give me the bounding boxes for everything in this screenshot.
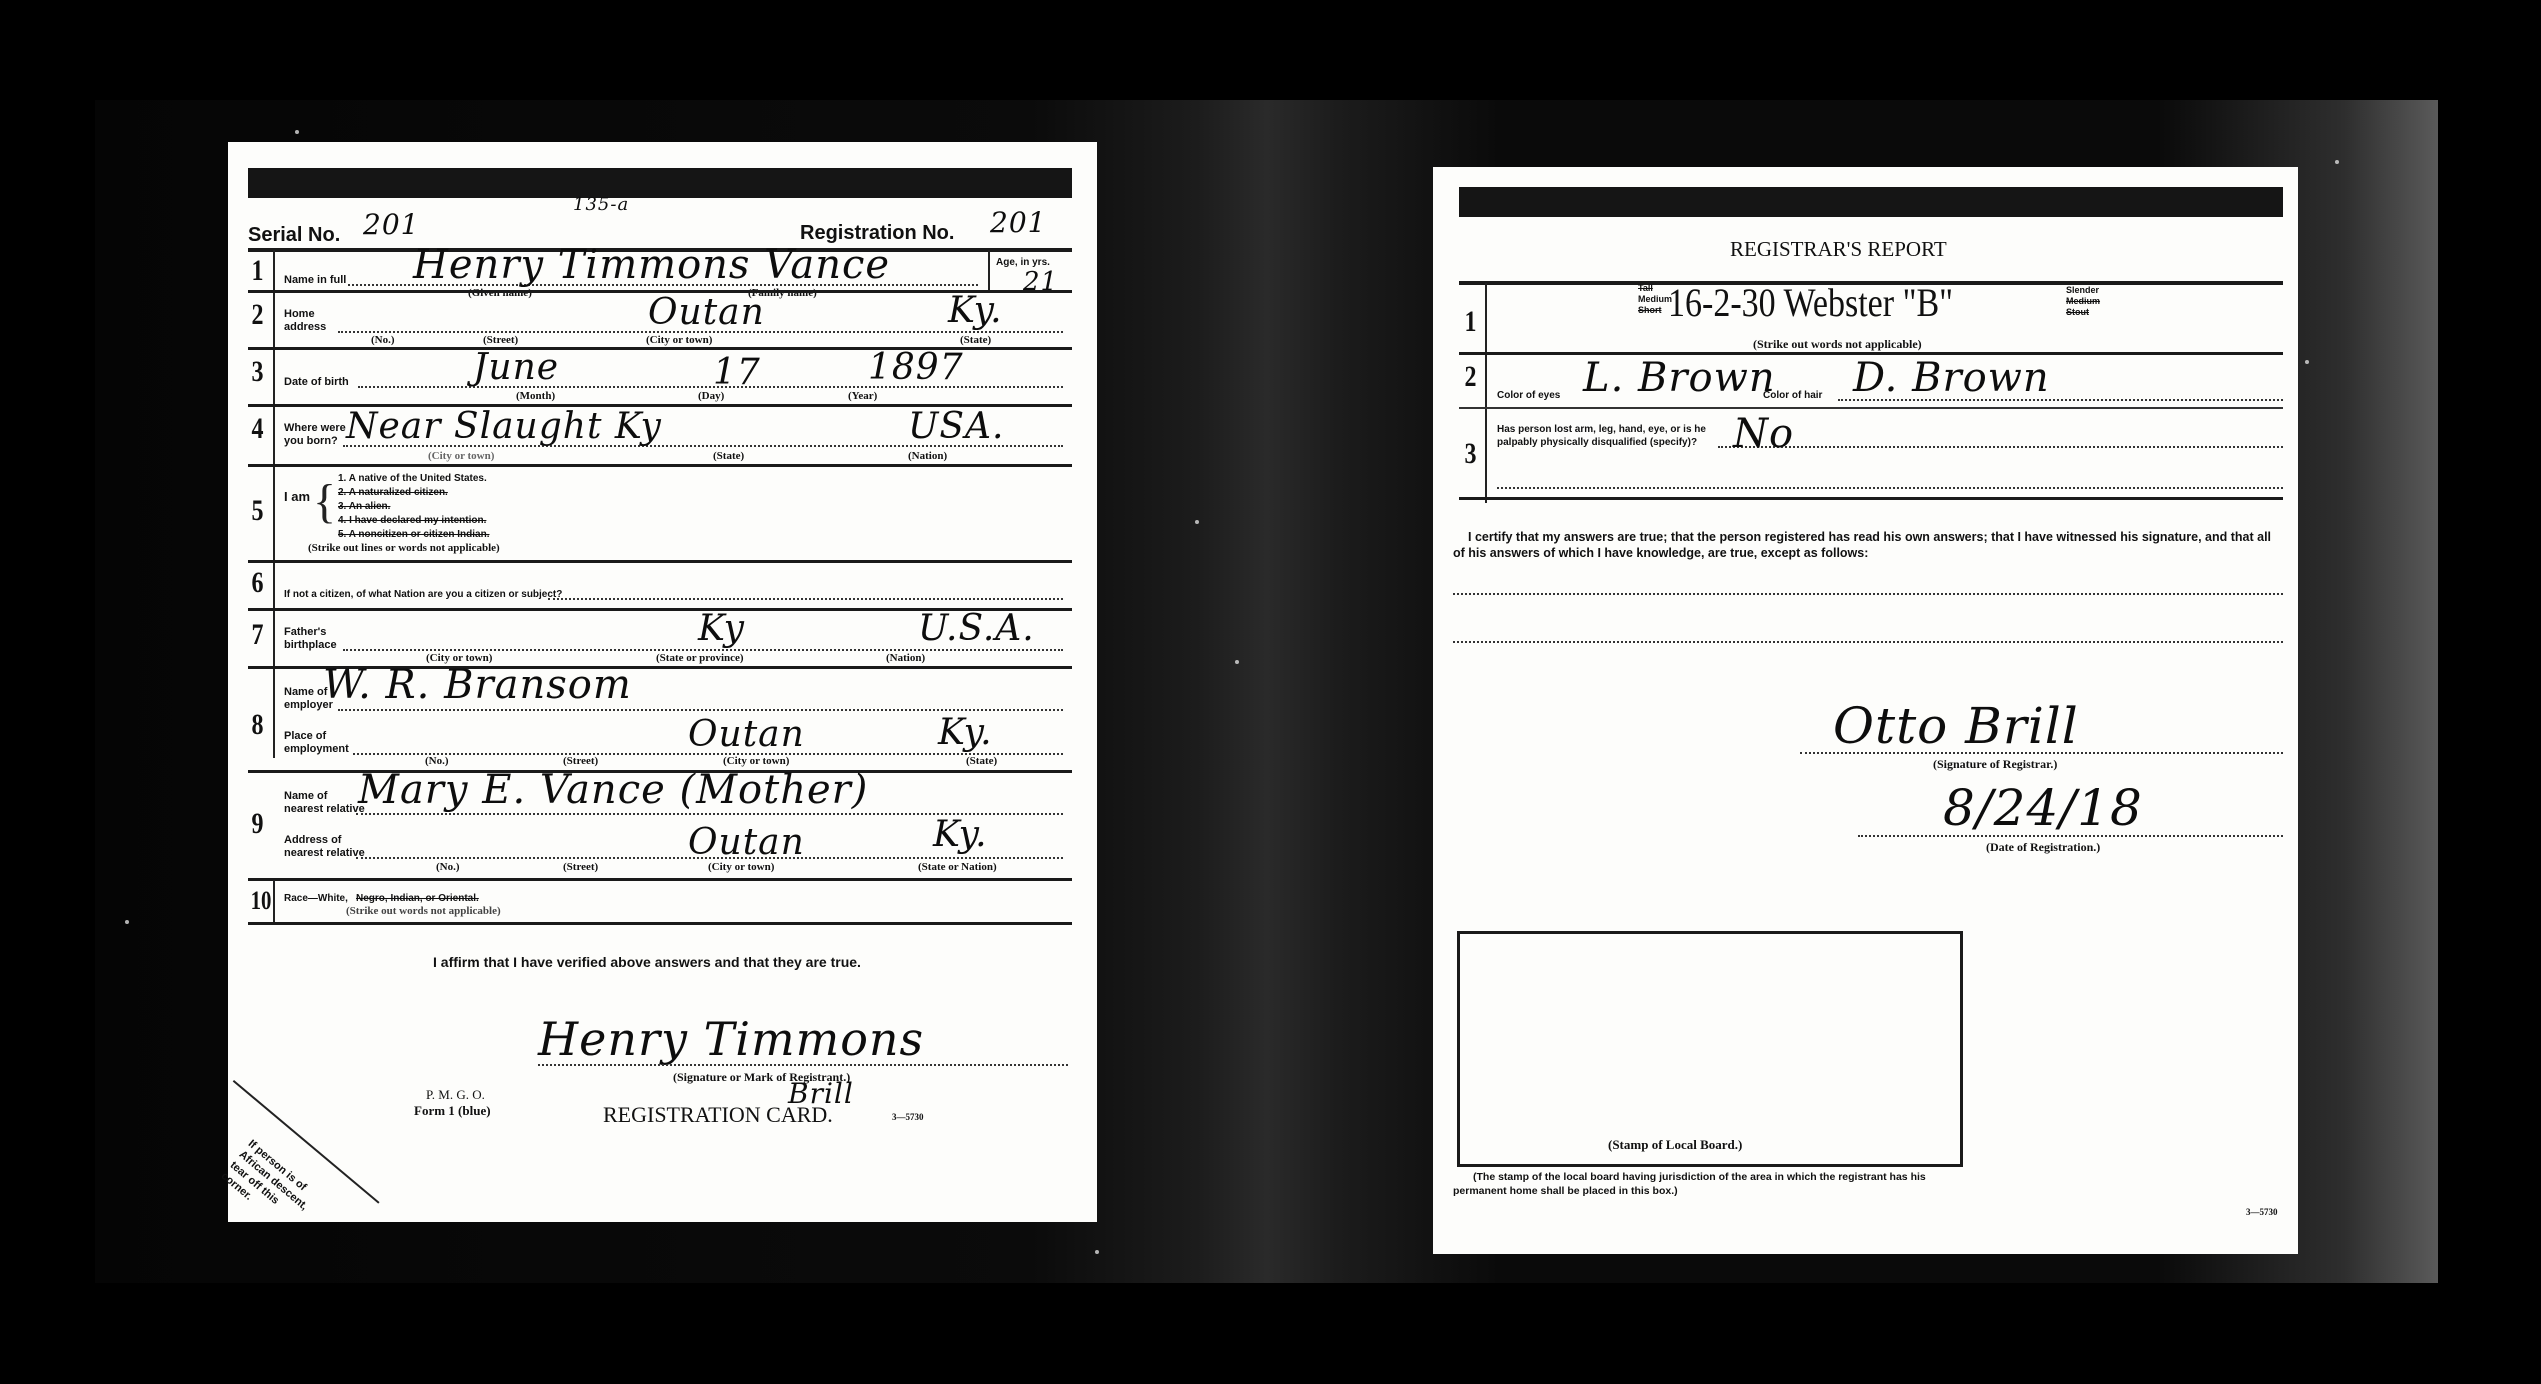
dust-speck	[1195, 520, 1199, 524]
tear-corner-note: If person is of African descent, tear of…	[218, 1137, 320, 1235]
birth-year-value: 1897	[868, 347, 964, 388]
dust-speck	[125, 920, 129, 924]
strike-note: (Strike out words not applicable)	[346, 905, 501, 917]
hair-color-label: Color of hair	[1763, 389, 1822, 402]
strike-note: (Strike out words not applicable)	[1753, 337, 1922, 352]
form-code: 3—5730	[892, 1112, 924, 1122]
height-option-medium: Medium	[1638, 294, 1672, 304]
pmgo-label: P. M. G. O.	[426, 1087, 485, 1103]
relative-city-value: Outan	[688, 822, 805, 863]
relative-address-label: nearest relative	[284, 847, 365, 860]
caption: (State)	[966, 755, 997, 767]
caption: (No.)	[436, 861, 460, 873]
row-number: 4	[252, 412, 264, 446]
race-label-struck: Negro, Indian, or Oriental.	[356, 892, 479, 905]
caption: (State or Nation)	[918, 861, 997, 873]
citizenship-option-struck: 4. I have declared my intention.	[338, 514, 486, 527]
form-label: Form 1 (blue)	[414, 1103, 491, 1119]
stamp-box	[1457, 931, 1963, 1167]
caption: (Street)	[483, 334, 518, 346]
stamp-note: (The stamp of the local board having jur…	[1453, 1170, 1963, 1198]
caption: (No.)	[425, 755, 449, 767]
row-number: 3	[252, 355, 264, 389]
employer-label: Name of	[284, 686, 327, 699]
citizenship-option-struck: 3. An alien.	[338, 500, 390, 513]
signature-line	[1800, 752, 2283, 754]
number-column-rule	[273, 880, 275, 922]
caption: (State or province)	[656, 652, 744, 664]
home-state-value: Ky.	[948, 290, 1003, 331]
registrant-signature: Henry Timmons	[538, 1012, 924, 1066]
relative-value: Mary E. Vance (Mother)	[358, 767, 868, 813]
caption: (State)	[713, 450, 744, 462]
disqualification-label: Has person lost arm, leg, hand, eye, or …	[1497, 423, 1706, 436]
citizenship-option-struck: 5. A noncitizen or citizen Indian.	[338, 528, 490, 541]
row-divider	[1459, 407, 2283, 409]
relative-label: nearest relative	[284, 803, 365, 816]
fill-line	[338, 709, 1063, 711]
row-number: 8	[252, 708, 264, 742]
number-column-rule	[273, 250, 275, 758]
row-divider	[248, 922, 1072, 925]
birth-date-label: Date of birth	[284, 376, 349, 389]
age-column-rule	[988, 250, 990, 292]
hair-color-value: D. Brown	[1853, 355, 2050, 401]
caption: (No.)	[371, 334, 395, 346]
birthplace-city-value: Near Slaught Ky	[346, 406, 662, 447]
row-number: 1	[252, 254, 264, 288]
row-number: 10	[251, 886, 272, 916]
height-options: Tall Medium Short	[1638, 283, 1672, 316]
row-number: 2	[252, 298, 264, 332]
birthplace-label: Where were	[284, 422, 346, 435]
report-title: REGISTRAR'S REPORT	[1730, 237, 1947, 262]
employment-place-label: Place of	[284, 730, 326, 743]
name-label: Name in full	[284, 274, 346, 287]
exception-line	[1453, 641, 2283, 643]
employer-value: W. R. Bransom	[323, 662, 632, 708]
registration-value: 201	[990, 206, 1046, 239]
home-city-value: Outan	[648, 292, 765, 333]
row-number: 9	[252, 807, 264, 841]
serial-value: 201	[363, 208, 419, 241]
race-label: Race—White,	[284, 892, 348, 905]
top-note: 135-a	[573, 194, 629, 215]
relative-label: Name of	[284, 790, 327, 803]
fill-line	[548, 598, 1063, 600]
fill-line	[1838, 399, 2283, 401]
dust-speck	[2335, 160, 2339, 164]
header-bar	[248, 168, 1072, 198]
row-divider	[248, 560, 1072, 563]
citizenship-label: I am	[284, 490, 310, 503]
fill-line	[1497, 487, 2283, 489]
father-state-value: Ky	[698, 608, 745, 649]
eye-color-value: L. Brown	[1583, 355, 1776, 401]
row-number: 5	[252, 494, 264, 528]
caption: (Street)	[563, 861, 598, 873]
employment-place-label: employment	[284, 743, 349, 756]
row-number: 3	[1465, 437, 1477, 471]
exception-line	[1453, 593, 2283, 595]
stamp-caption: (Stamp of Local Board.)	[1608, 1137, 1742, 1153]
build-option-slender: Slender	[2066, 285, 2099, 295]
certification-text: I certify that my answers are true; that…	[1453, 529, 2283, 561]
height-option-short: Short	[1638, 305, 1662, 315]
registration-date: 8/24/18	[1943, 779, 2143, 837]
row-number: 1	[1465, 305, 1477, 339]
signature-line	[538, 1064, 1068, 1066]
card-title: REGISTRATION CARD.	[603, 1102, 833, 1128]
given-name-caption: (Given name)	[468, 287, 532, 299]
row-divider	[248, 878, 1072, 881]
row-number: 7	[252, 618, 264, 652]
disqualification-value: No	[1733, 411, 1794, 457]
caption: (Year)	[848, 390, 877, 402]
caption: (City or town)	[723, 755, 789, 767]
build-options: Slender Medium Stout	[2066, 285, 2100, 318]
relative-address-label: Address of	[284, 834, 341, 847]
strike-note: (Strike out lines or words not applicabl…	[308, 542, 500, 554]
employment-city-value: Outan	[688, 714, 805, 755]
caption: (Day)	[698, 390, 724, 402]
build-option-medium: Medium	[2066, 296, 2100, 306]
dust-speck	[2305, 360, 2309, 364]
row-number: 2	[1465, 360, 1477, 394]
birthplace-label: you born?	[284, 435, 338, 448]
dust-speck	[1095, 1250, 1099, 1254]
nation-question-label: If not a citizen, of what Nation are you…	[284, 588, 562, 601]
citizenship-option: 1. A native of the United States.	[338, 472, 487, 485]
address-label: address	[284, 321, 326, 334]
registrar-signature: Otto Brill	[1833, 697, 2079, 755]
employment-state-value: Ky.	[938, 712, 993, 753]
height-build-value: 16-2-30 Webster "B"	[1668, 279, 1953, 326]
father-birthplace-label: Father's	[284, 626, 326, 639]
father-nation-value: U.S.A.	[918, 608, 1035, 649]
caption: (Street)	[563, 755, 598, 767]
birthplace-nation-value: USA.	[908, 406, 1004, 447]
caption: (City or town)	[646, 334, 712, 346]
dust-speck	[295, 130, 299, 134]
header-bar	[1459, 187, 2283, 217]
registrars-report-card: REGISTRAR'S REPORT 1 Tall Medium Short 1…	[1433, 167, 2298, 1254]
affirmation-text: I affirm that I have verified above answ…	[433, 954, 861, 970]
row-divider	[1459, 497, 2283, 500]
dust-speck	[1235, 660, 1239, 664]
row-divider	[248, 464, 1072, 467]
signature-caption: (Signature of Registrar.)	[1933, 757, 2057, 772]
fill-line	[1718, 446, 2283, 448]
brace-icon: {	[313, 474, 336, 529]
serial-label: Serial No.	[248, 224, 340, 247]
birth-month-value: June	[473, 347, 559, 388]
fill-line	[343, 649, 1063, 651]
row-number: 6	[252, 566, 264, 600]
registration-card: Serial No. 201 135-a Registration No. 20…	[228, 142, 1097, 1222]
caption: (Month)	[516, 390, 555, 402]
caption: (Nation)	[908, 450, 947, 462]
disqualification-label: palpably physically disqualified (specif…	[1497, 436, 1697, 449]
relative-state-value: Ky.	[933, 814, 988, 855]
date-line	[1858, 835, 2283, 837]
caption: (City or town)	[428, 450, 494, 462]
caption: (City or town)	[708, 861, 774, 873]
caption: (Nation)	[886, 652, 925, 664]
number-column-rule	[1485, 283, 1487, 503]
date-caption: (Date of Registration.)	[1986, 840, 2100, 855]
home-label: Home	[284, 308, 315, 321]
birth-day-value: 17	[713, 352, 761, 393]
height-option-tall: Tall	[1638, 283, 1653, 293]
father-birthplace-label: birthplace	[284, 639, 337, 652]
form-code: 3—5730	[2246, 1207, 2278, 1217]
full-name-value: Henry Timmons Vance	[413, 242, 890, 288]
caption: (State)	[960, 334, 991, 346]
citizenship-option-struck: 2. A naturalized citizen.	[338, 486, 448, 499]
build-option-stout: Stout	[2066, 307, 2089, 317]
eye-color-label: Color of eyes	[1497, 389, 1560, 402]
